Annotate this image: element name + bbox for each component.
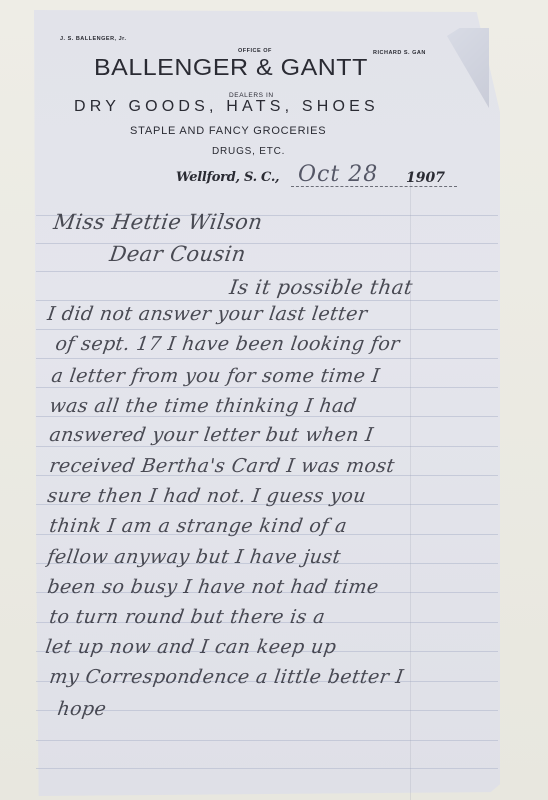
- letter-line: been so busy I have not had time: [46, 576, 380, 598]
- letterhead-left-name: J. S. BALLENGER, Jr.: [60, 36, 127, 42]
- date-year: 1907: [406, 170, 445, 186]
- letterhead-office-of: OFFICE OF: [238, 48, 272, 54]
- ruled-line: [36, 740, 498, 741]
- ruled-line: [36, 243, 498, 244]
- letter-line: was all the time thinking I had: [48, 395, 358, 417]
- letter-line-closing: hope: [56, 698, 108, 720]
- letter-line: Is it possible that: [228, 275, 414, 299]
- letterhead-line-drugs: DRUGS, ETC.: [212, 146, 285, 157]
- letter-line: sure then I had not. I guess you: [46, 485, 367, 507]
- letter-line: my Correspondence a little better I: [48, 666, 405, 688]
- letterhead-company-name: BALLENGER & GANTT: [94, 55, 368, 82]
- letter-line: answered your letter but when I: [48, 424, 375, 446]
- dateline: Wellford, S. C., Oct 28 1907: [176, 162, 456, 190]
- letter-line: I did not answer your last letter: [46, 303, 369, 325]
- letter-line: think I am a strange kind of a: [48, 515, 348, 537]
- ruled-line: [36, 271, 498, 272]
- letter-line: of sept. 17 I have been looking for: [54, 333, 401, 355]
- ruled-line: [36, 768, 498, 769]
- date-month-day: Oct 28: [298, 162, 378, 187]
- letterhead-line-goods: DRY GOODS, HATS, SHOES: [74, 98, 379, 116]
- paper-crease: [410, 180, 411, 800]
- letterhead-line-groceries: STAPLE AND FANCY GROCERIES: [130, 125, 326, 137]
- letter-line: to turn round but there is a: [48, 606, 327, 628]
- ruled-line: [36, 329, 498, 330]
- ruled-line: [36, 446, 498, 447]
- date-place: Wellford, S. C.,: [176, 170, 279, 185]
- salutation-greeting: Dear Cousin: [108, 242, 248, 266]
- letterhead-right-name: RICHARD S. GAN: [373, 50, 426, 56]
- ruled-line: [36, 358, 498, 359]
- letter-line: a letter from you for some time I: [50, 365, 381, 387]
- ruled-line: [36, 300, 498, 301]
- salutation-recipient: Miss Hettie Wilson: [52, 210, 264, 234]
- letter-line: let up now and I can keep up: [44, 636, 338, 658]
- letter-line: received Bertha's Card I was most: [48, 455, 396, 477]
- ruled-line: [36, 387, 498, 388]
- letter-line: fellow anyway but I have just: [46, 546, 342, 568]
